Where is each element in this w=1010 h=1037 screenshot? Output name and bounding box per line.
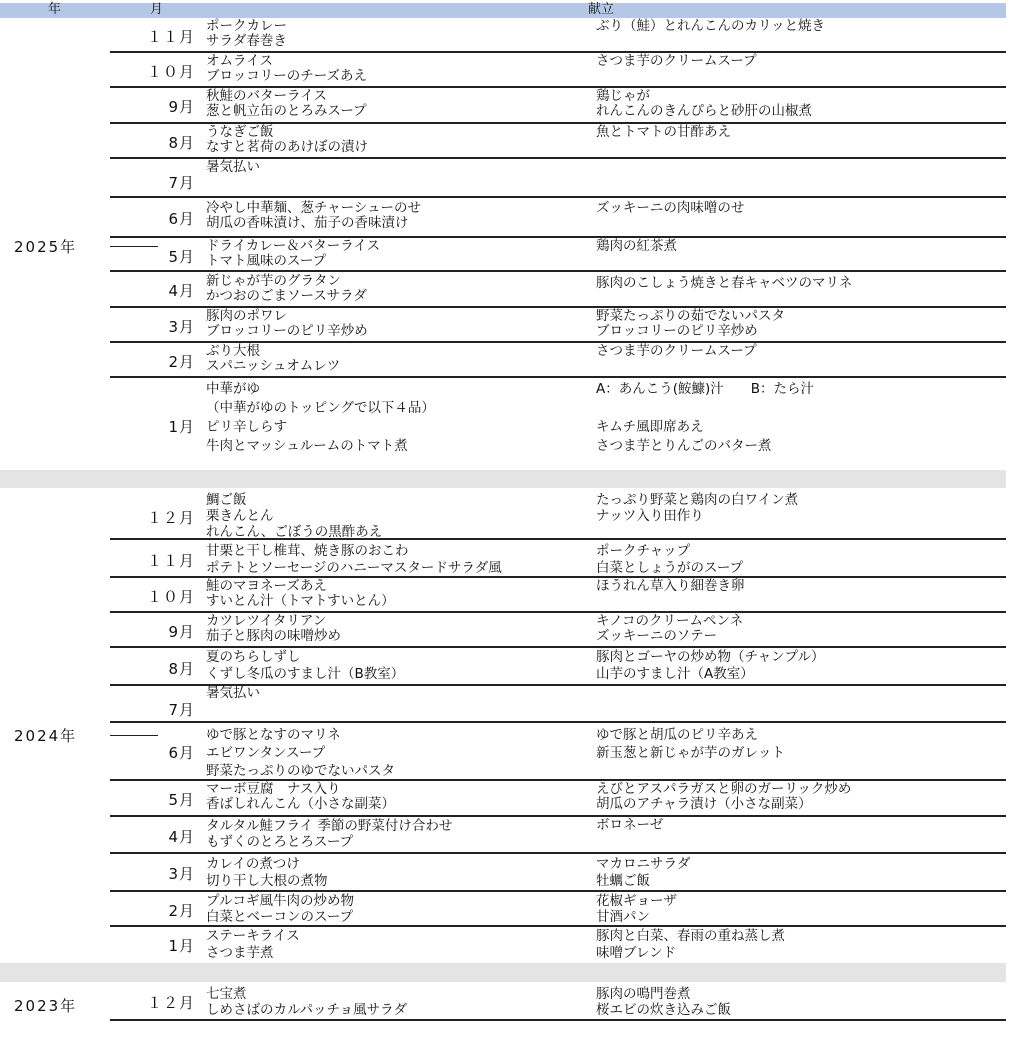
dish-list-left: マーボ豆腐 ナス入り香ばしれんこん（小さな副菜） bbox=[206, 782, 395, 812]
month-label: 9月 bbox=[115, 99, 195, 115]
dish-list-right: ほうれん草入り細巻き卵 bbox=[596, 579, 745, 594]
dish-list-left: ゆで豚となすのマリネエビワンタンスープ野菜たっぷりのゆでないパスタ bbox=[206, 726, 395, 780]
table-row: 5月 マーボ豆腐 ナス入り香ばしれんこん（小さな副菜） えびとアスパラガスと卵の… bbox=[110, 781, 1006, 817]
table-row: 2月 プルコギ風牛肉の炒め物白菜とベーコンのスープ 花椒ギョーザ甘酒パン bbox=[110, 892, 1006, 927]
year-separator bbox=[0, 470, 1006, 488]
dish-list-left: カレイの煮つけ切り干し大根の煮物 bbox=[206, 856, 328, 890]
dish-list-right: たっぷり野菜と鶏肉の白ワイン煮ナッツ入り田作り bbox=[596, 492, 798, 524]
dish-list-left: ステーキライスさつま芋煮 bbox=[206, 928, 300, 962]
year-label-2024: 2024年 bbox=[14, 725, 77, 746]
dish-list-right: A：あんこう(鮟鱇)汁 B：たら汁キムチ風即席あえさつま芋とりんごのバター煮 bbox=[596, 380, 814, 456]
table-row: 1月 ステーキライスさつま芋煮 豚肉と白菜、春雨の重ね蒸し煮味噌ブレンド bbox=[110, 927, 1006, 963]
month-label: １０月 bbox=[115, 64, 195, 80]
table-row: 8月 夏のちらしずしくずし冬瓜のすまし汁（B教室） 豚肉とゴーヤの炒め物（チャン… bbox=[110, 648, 1006, 686]
dish-list-left: 鯛ご飯栗きんとんれんこん、ごぼうの黒酢あえ bbox=[206, 492, 382, 540]
dish-list-left: 七宝煮しめさばのカルパッチョ風サラダ bbox=[206, 986, 407, 1018]
dish-list-left: 暑気払い bbox=[206, 160, 260, 175]
dish-list-right: さつま芋のクリームスープ bbox=[596, 54, 757, 69]
dish-list-right: ポークチャップ白菜としょうがのスープ bbox=[596, 543, 743, 577]
dish-list-left: 冷やし中華麺、葱チャーシューのせ胡瓜の香味漬け、茄子の香味漬け bbox=[206, 201, 421, 231]
table-row: １２月 鯛ご飯栗きんとんれんこん、ごぼうの黒酢あえ たっぷり野菜と鶏肉の白ワイン… bbox=[110, 489, 1006, 540]
month-label: 1月 bbox=[115, 938, 195, 954]
dish-list-left: 暑気払い bbox=[206, 686, 260, 701]
dish-list-right: 鶏じゃがれんこんのきんぴらと砂肝の山椒煮 bbox=[596, 89, 812, 119]
dish-list-right: マカロニサラダ牡蠣ご飯 bbox=[596, 856, 690, 890]
header-menu: 献立 bbox=[588, 2, 614, 18]
year-label-2023: 2023年 bbox=[14, 995, 77, 1016]
dish-list-right: 豚肉の鳴門巻煮桜エビの炊き込みご飯 bbox=[596, 986, 731, 1018]
table-row: １０月 鮭のマヨネーズあえすいとん汁（トマトすいとん） ほうれん草入り細巻き卵 bbox=[110, 578, 1006, 613]
table-row: １０月 オムライスブロッコリーのチーズあえ さつま芋のクリームスープ bbox=[110, 53, 1006, 88]
dish-list-left: タルタル鮭フライ 季節の野菜付け合わせもずくのとろとろスープ bbox=[206, 818, 452, 850]
table-row: 7月 暑気払い bbox=[110, 159, 1006, 198]
month-label: １１月 bbox=[115, 553, 195, 569]
month-label: １２月 bbox=[115, 995, 195, 1011]
table-row: １１月 ポークカレーサラダ春巻き ぶり（鮭）とれんこんのカリッと焼き bbox=[110, 18, 1006, 53]
month-label: 6月 bbox=[115, 211, 195, 227]
table-row: 6月 冷やし中華麺、葱チャーシューのせ胡瓜の香味漬け、茄子の香味漬け ズッキーニ… bbox=[110, 198, 1006, 238]
table-row: 4月 タルタル鮭フライ 季節の野菜付け合わせもずくのとろとろスープ ボロネーゼ bbox=[110, 817, 1006, 854]
table-row: 4月 新じゃが芋のグラタンかつおのごまソースサラダ 豚肉のこしょう焼きと春キャベ… bbox=[110, 272, 1006, 308]
dish-list-right: 野菜たっぷりの茹でないパスタブロッコリーのピリ辛炒め bbox=[596, 309, 785, 339]
year-separator bbox=[0, 963, 1006, 982]
dish-list-right: キノコのクリームペンネズッキーニのソテー bbox=[596, 614, 743, 644]
dish-list-left: うなぎご飯なすと茗荷のあけぼの漬け bbox=[206, 125, 368, 155]
dish-list-left: ポークカレーサラダ春巻き bbox=[206, 19, 287, 49]
month-label: １０月 bbox=[115, 589, 195, 605]
dish-list-left: 新じゃが芋のグラタンかつおのごまソースサラダ bbox=[206, 274, 367, 304]
table-row: 3月 豚肉のポワレブロッコリーのピリ辛炒め 野菜たっぷりの茹でないパスタブロッコ… bbox=[110, 308, 1006, 343]
dish-list-left: オムライスブロッコリーのチーズあえ bbox=[206, 54, 367, 84]
dish-list-right: 魚とトマトの甘酢あえ bbox=[596, 125, 731, 140]
dish-list-left: 甘栗と干し椎茸、焼き豚のおこわポテトとソーセージのハニーマスタードサラダ風 bbox=[206, 543, 502, 577]
dish-list-right: ズッキーニの肉味噌のせ bbox=[596, 201, 744, 216]
month-label: 1月 bbox=[115, 419, 195, 435]
table-row: １１月 甘栗と干し椎茸、焼き豚のおこわポテトとソーセージのハニーマスタードサラダ… bbox=[110, 540, 1006, 578]
month-label: １２月 bbox=[115, 510, 195, 526]
month-label: １１月 bbox=[115, 29, 195, 45]
table-row: 3月 カレイの煮つけ切り干し大根の煮物 マカロニサラダ牡蠣ご飯 bbox=[110, 854, 1006, 892]
table-row: 7月 暑気払い bbox=[110, 686, 1006, 723]
month-label: 2月 bbox=[115, 354, 195, 370]
dish-list-left: プルコギ風牛肉の炒め物白菜とベーコンのスープ bbox=[206, 893, 354, 925]
month-label: 8月 bbox=[115, 135, 195, 151]
dish-list-right: 豚肉と白菜、春雨の重ね蒸し煮味噌ブレンド bbox=[596, 928, 785, 962]
month-label: 9月 bbox=[115, 624, 195, 640]
table-row: 9月 秋鮭のバターライス葱と帆立缶のとろみスープ 鶏じゃがれんこんのきんぴらと砂… bbox=[110, 88, 1006, 124]
month-label: 4月 bbox=[115, 283, 195, 299]
dish-list-left: 秋鮭のバターライス葱と帆立缶のとろみスープ bbox=[206, 89, 367, 119]
dish-list-right: ボロネーゼ bbox=[596, 818, 663, 833]
month-label: 3月 bbox=[115, 866, 195, 882]
table-row: 2月 ぶり大根スパニッシュオムレツ さつま芋のクリームスープ bbox=[110, 343, 1006, 378]
month-label: 3月 bbox=[115, 319, 195, 335]
table-row: １２月 七宝煮しめさばのカルパッチョ風サラダ 豚肉の鳴門巻煮桜エビの炊き込みご飯 bbox=[110, 983, 1006, 1021]
dish-list-left: 鮭のマヨネーズあえすいとん汁（トマトすいとん） bbox=[206, 579, 395, 609]
month-label: 7月 bbox=[115, 702, 195, 718]
dish-list-left: 夏のちらしずしくずし冬瓜のすまし汁（B教室） bbox=[206, 649, 404, 683]
month-label: 8月 bbox=[115, 661, 195, 677]
month-label: 4月 bbox=[115, 829, 195, 845]
table-row: 8月 うなぎご飯なすと茗荷のあけぼの漬け 魚とトマトの甘酢あえ bbox=[110, 124, 1006, 159]
dish-list-left: 豚肉のポワレブロッコリーのピリ辛炒め bbox=[206, 309, 368, 339]
dish-list-right: 花椒ギョーザ甘酒パン bbox=[596, 893, 677, 925]
month-label: 5月 bbox=[115, 249, 195, 265]
table-row: 5月 ドライカレー＆バターライストマト風味のスープ 鶏肉の紅茶煮 bbox=[110, 238, 1006, 272]
dish-list-right: えびとアスパラガスと卵のガーリック炒め胡瓜のアチャラ漬け（小さな副菜） bbox=[596, 782, 851, 812]
header-month: 月 bbox=[150, 2, 163, 18]
dish-list-right: ぶり（鮭）とれんこんのカリッと焼き bbox=[596, 19, 825, 34]
table-row: 1月 中華がゆ（中華がゆのトッピングで以下４品）ピリ辛しらす牛肉とマッシュルーム… bbox=[110, 378, 1006, 470]
table-row: 9月 カツレツイタリアン茄子と豚肉の味噌炒め キノコのクリームペンネズッキーニの… bbox=[110, 613, 1006, 648]
dish-list-right: ゆで豚と胡瓜のピリ辛あえ新玉葱と新じゃが芋のガレット bbox=[596, 726, 785, 762]
table-row: 6月 ゆで豚となすのマリネエビワンタンスープ野菜たっぷりのゆでないパスタ ゆで豚… bbox=[110, 723, 1006, 781]
month-label: 2月 bbox=[115, 903, 195, 919]
dish-list-left: ぶり大根スパニッシュオムレツ bbox=[206, 344, 340, 374]
header-year: 年 bbox=[48, 2, 61, 18]
dish-list-left: ドライカレー＆バターライストマト風味のスープ bbox=[206, 239, 380, 269]
dish-list-right: 豚肉のこしょう焼きと春キャベツのマリネ bbox=[596, 276, 852, 291]
month-label: 7月 bbox=[115, 175, 195, 191]
dish-list-left: 中華がゆ（中華がゆのトッピングで以下４品）ピリ辛しらす牛肉とマッシュルームのトマ… bbox=[206, 380, 435, 456]
table-header: 年 月 献立 bbox=[0, 3, 1006, 18]
month-label: 6月 bbox=[115, 745, 195, 761]
year-label-2025: 2025年 bbox=[14, 236, 77, 257]
dish-list-right: 鶏肉の紅茶煮 bbox=[596, 239, 677, 254]
month-label: 5月 bbox=[115, 792, 195, 808]
dish-list-right: 豚肉とゴーヤの炒め物（チャンプル）山芋のすまし汁（A教室） bbox=[596, 649, 825, 683]
dish-list-left: カツレツイタリアン茄子と豚肉の味噌炒め bbox=[206, 614, 341, 644]
dish-list-right: さつま芋のクリームスープ bbox=[596, 344, 757, 359]
